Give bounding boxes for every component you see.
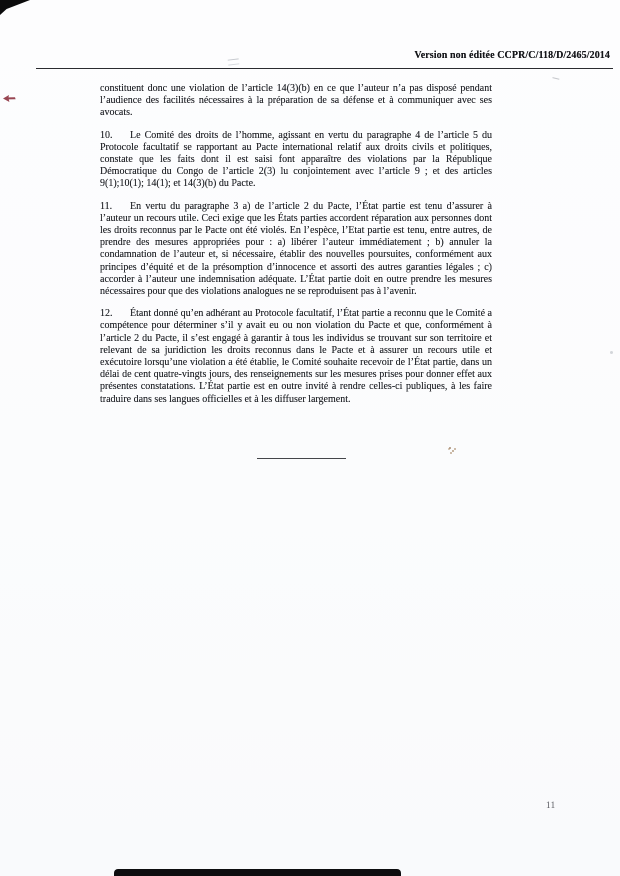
- page-number: 11: [546, 800, 556, 810]
- paragraph-12: 12.Étant donné qu’en adhérant au Protoco…: [100, 308, 492, 406]
- pen-squiggle-artifact: [552, 72, 560, 80]
- paragraph-text: Le Comité des droits de l’homme, agissan…: [100, 130, 492, 190]
- document-body: constituent donc une violation de l’arti…: [100, 83, 492, 416]
- paragraph-11: 11.En vertu du paragraphe 3 a) de l’arti…: [100, 201, 492, 299]
- paragraph-number: 12.: [100, 308, 130, 320]
- paragraph-continuation: constituent donc une violation de l’arti…: [100, 83, 492, 120]
- paragraph-number: 10.: [100, 130, 130, 142]
- stain-speck-artifact: [449, 447, 451, 449]
- red-pen-mark: [2, 94, 17, 103]
- document-reference-header: Version non éditée CCPR/C/118/D/2465/201…: [414, 50, 610, 61]
- stain-speck-artifact: [610, 351, 613, 354]
- paragraph-text: En vertu du paragraphe 3 a) de l’article…: [100, 201, 492, 297]
- paragraph-text: Étant donné qu’en adhérant au Protocole …: [100, 308, 492, 404]
- header-rule: [36, 68, 613, 69]
- scanned-document-page: Version non éditée CCPR/C/118/D/2465/201…: [0, 0, 620, 876]
- scan-corner-artifact: [0, 0, 30, 15]
- paragraph-number: 11.: [100, 201, 130, 213]
- paragraph-text: constituent donc une violation de l’arti…: [100, 83, 492, 118]
- scan-edge-artifact: [114, 869, 401, 876]
- paragraph-10: 10.Le Comité des droits de l’homme, agis…: [100, 130, 492, 191]
- pen-squiggle-artifact: [228, 58, 240, 65]
- section-divider-rule: [257, 458, 346, 459]
